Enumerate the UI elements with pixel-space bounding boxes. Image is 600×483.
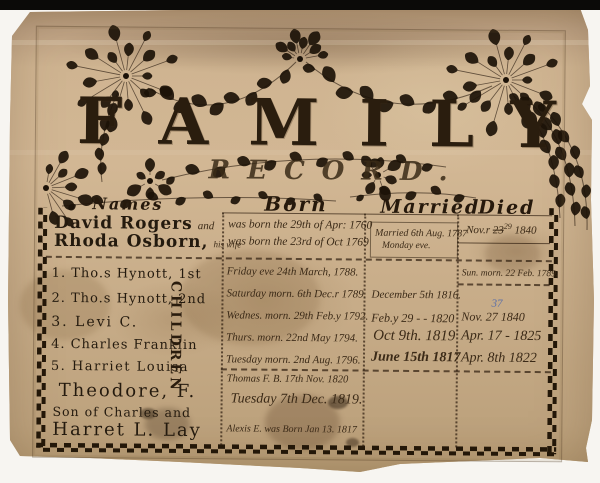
parent-name-row: Rhoda Osborn, his wife [54,231,242,253]
parent-mother-born: was born the 23rd of Oct 1769 [228,235,369,248]
died-year: 1840 [514,225,536,237]
parent-mother-name: Rhoda Osborn, [54,231,209,252]
column-header-married: Married [380,196,480,219]
child-name: 4. Charles Franklin [51,337,198,353]
document-subtitle: RECORD. [208,155,464,187]
child-born: Tuesday morn. 2nd Aug. 1796. [226,353,361,366]
footer-entry: Thomas F. B. 17th Nov. 1820 [227,373,349,385]
footer-name-line3: Harret L. Lay [52,419,202,441]
footer-name-line2: Son of Charles and [52,404,191,420]
child-died: Apr. 8th 1822 [461,350,537,367]
died-day-struck: 23 [493,224,504,236]
child-married: June 15th 1817 [371,350,461,367]
child-name: 2. Tho.s Hynott, 2nd [51,291,206,307]
footer-entry: Alexis E. was Born Jan 13. 1817 [226,423,357,435]
child-born: Friday eve 24th March, 1788. [227,265,359,278]
parent-father-born: was born the 29th of Apr: 1760 [228,218,372,231]
child-married: December 5th 1816. [371,289,461,302]
child-born: Thurs. morn. 22nd May 1794. [226,331,358,344]
child-name: 5. Harriet Louisa [51,359,189,375]
child-married: Feb.y 29 - - 1820 [371,311,454,327]
child-died: Nov. 27 1840 [461,309,525,325]
column-header-born: Born [264,192,328,217]
column-header-names: Names [92,194,163,214]
child-married: Oct 9th. 1819 [373,328,455,346]
child-name: 1. Tho.s Hynott, 1st [52,266,202,282]
died-month: Nov.r [466,224,490,236]
died-day-corrected: 29 [504,222,512,231]
parents-married-date: Married 6th Aug. 1787 [375,228,467,240]
parent-father-suffix: and [198,220,215,232]
child-born: Wednes. morn. 29th Feb.y 1792. [226,309,368,322]
child-born: Saturday morn. 6th Dec.r 1789. [226,287,366,300]
parent-died-date: Nov.r 2329 1840 [466,221,537,236]
footer-entry: Tuesday 7th Dec. 1819. [231,391,363,408]
pencil-annotation: 37 [491,298,502,310]
child-died: Apr. 17 - 1825 [461,328,541,345]
column-header-died: Died [478,197,535,219]
parents-married-day: Monday eve. [382,241,431,251]
record-content: FAMILY RECORD. Names Born Married Died D… [0,0,600,483]
footer-name: Theodore, F. [59,380,197,402]
child-died: Sun. morn. 22 Feb. 1789. [462,268,559,279]
document-title: FAMILY [77,84,548,163]
scanned-family-record: FAMILY RECORD. Names Born Married Died D… [0,0,600,483]
child-name: 3. Levi C. [51,314,138,331]
